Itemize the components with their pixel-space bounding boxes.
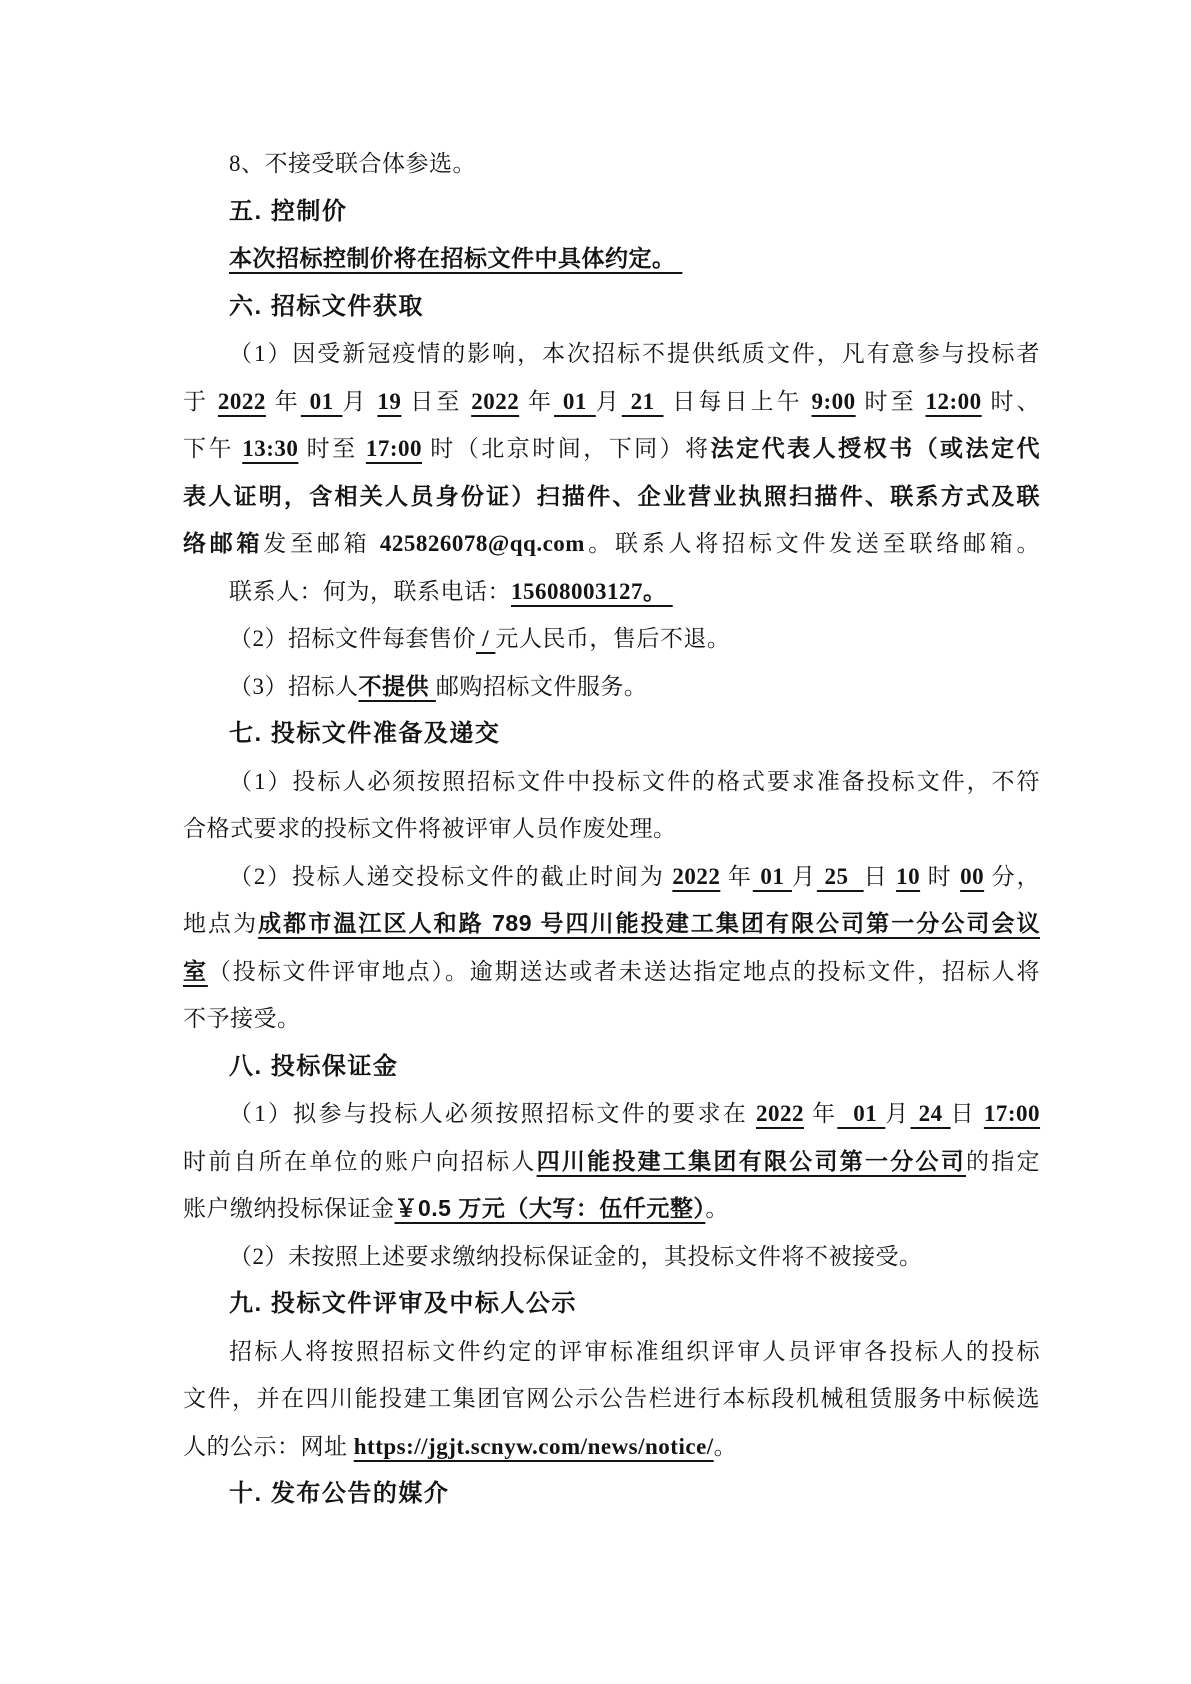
text-run: 十. 发布公告的媒介 — [229, 1480, 449, 1507]
text-run: 17:00 — [984, 1101, 1040, 1126]
text-run: 。 — [714, 1434, 738, 1459]
para-item8: 8、不接受联合体参选。 — [183, 140, 1040, 188]
heading-8-bid-bond: 八. 投标保证金 — [183, 1043, 1040, 1091]
text-run: 19 — [377, 389, 401, 414]
text-run: 本次招标控制价将在招标文件中具体约定。 — [229, 245, 682, 271]
text-run: 日 — [864, 864, 896, 889]
text-run: 表人证明，含相关人员身份证）扫描件、企业营业执照扫描件、联系方式及联 — [183, 483, 1040, 509]
text-run: 发至邮箱 — [263, 531, 380, 556]
text-run: 17:00 — [366, 436, 422, 461]
text-run: 2022 — [756, 1101, 804, 1126]
para-7-2-line1: （2）投标人递交投标文件的截止时间为 2022 年 01 月 25 日 10 时… — [183, 853, 1040, 901]
text-run: 年 — [266, 389, 301, 414]
text-run: （投标文件评审地点）。逾期送达或者未送达指定地点的投标文件，招标人将 — [208, 959, 1040, 984]
text-run: 2022 — [471, 389, 519, 414]
text-run: （3）招标人 — [229, 674, 359, 699]
text-run: 年 — [804, 1101, 837, 1126]
text-run: 九. 投标文件评审及中标人公示 — [229, 1290, 577, 1317]
para-7-1-line2: 合格式要求的投标文件将被评审人员作废处理。 — [183, 805, 1040, 853]
text-run: 合格式要求的投标文件将被评审人员作废处理。 — [183, 816, 677, 841]
text-run: 年 — [519, 389, 554, 414]
text-run: 21 — [622, 389, 664, 414]
para-7-2-line2: 地点为成都市温江区人和路 789 号四川能投建工集团有限公司第一分公司会议 — [183, 900, 1040, 948]
text-run: 于 — [183, 389, 218, 414]
text-run: 25 — [817, 864, 864, 889]
text-run: 时（北京时间，下同）将 — [422, 436, 711, 461]
para-6-3: （3）招标人不提供 邮购招标文件服务。 — [183, 663, 1040, 711]
text-run: 账户缴纳投标保证金 — [183, 1196, 395, 1221]
text-run: 五. 控制价 — [229, 198, 347, 225]
text-run: 。 — [705, 1196, 729, 1221]
para-8-2: （2）未按照上述要求缴纳投标保证金的，其投标文件将不被接受。 — [183, 1233, 1040, 1281]
text-run: 络邮箱 — [183, 530, 263, 556]
para-6-1-line3: 下午 13:30 时至 17:00 时（北京时间，下同）将法定代表人授权书（或法… — [183, 425, 1040, 473]
text-run: （1）拟参与投标人必须按照招标文件的要求在 — [229, 1101, 756, 1126]
para-6-2: （2）招标文件每套售价 / 元人民币，售后不退。 — [183, 615, 1040, 663]
text-run: 月 — [596, 389, 622, 414]
text-run: 10 — [896, 864, 920, 889]
para-7-2-line3: 室（投标文件评审地点）。逾期送达或者未送达指定地点的投标文件，招标人将 — [183, 948, 1040, 996]
heading-10-announcement-media: 十. 发布公告的媒介 — [183, 1470, 1040, 1518]
text-run: 地点为 — [183, 911, 258, 936]
para-contact: 联系人：何为，联系电话：15608003127。 — [183, 568, 1040, 616]
document-page: 8、不接受联合体参选。五. 控制价本次招标控制价将在招标文件中具体约定。 六. … — [0, 0, 1191, 1684]
text-run: （1）因受新冠疫情的影响，本次招标不提供纸质文件，凡有意参与投标者 — [229, 341, 1040, 366]
text-run: 招标人将按照招标文件约定的评审标准组织评审人员评审各投标人的投标 — [229, 1339, 1040, 1364]
text-run: （2）未按照上述要求缴纳投标保证金的，其投标文件将不被接受。 — [229, 1244, 923, 1269]
text-run: https://jgjt.scnyw.com/news/notice/ — [354, 1434, 714, 1459]
text-run: （2）投标人递交投标文件的截止时间为 — [229, 864, 672, 889]
heading-7-bid-preparation: 七. 投标文件准备及递交 — [183, 710, 1040, 758]
text-run: 8、不接受联合体参选。 — [229, 151, 476, 176]
para-7-2-line4: 不予接受。 — [183, 995, 1040, 1043]
text-run: 联系人：何为，联系电话： — [229, 579, 511, 604]
text-run: 425826078@qq.com — [380, 531, 585, 556]
heading-9-evaluation-announcement: 九. 投标文件评审及中标人公示 — [183, 1280, 1040, 1328]
para-9-line3: 人的公示：网址 https://jgjt.scnyw.com/news/noti… — [183, 1423, 1040, 1471]
text-run: 时 — [920, 864, 960, 889]
text-run: 室 — [183, 958, 208, 984]
text-run: 。联系人将招标文件发送至联络邮箱。 — [585, 531, 1040, 556]
document-body: 8、不接受联合体参选。五. 控制价本次招标控制价将在招标文件中具体约定。 六. … — [183, 140, 1040, 1518]
text-run: 时至 — [856, 389, 926, 414]
text-run: 年 — [720, 864, 752, 889]
para-9-line1: 招标人将按照招标文件约定的评审标准组织评审人员评审各投标人的投标 — [183, 1328, 1040, 1376]
text-run: 四川能投建工集团有限公司第一分公司 — [537, 1148, 966, 1174]
para-control-price-note: 本次招标控制价将在招标文件中具体约定。 — [183, 235, 1040, 283]
para-8-1-line2: 时前自所在单位的账户向招标人四川能投建工集团有限公司第一分公司的指定 — [183, 1138, 1040, 1186]
text-run: 下午 — [183, 436, 242, 461]
para-6-1-line5: 络邮箱发至邮箱 425826078@qq.com。联系人将招标文件发送至联络邮箱… — [183, 520, 1040, 568]
text-run: 人的公示：网址 — [183, 1434, 354, 1459]
heading-6-obtain-documents: 六. 招标文件获取 — [183, 283, 1040, 331]
text-run: 日至 — [401, 389, 471, 414]
text-run: 元人民币，售后不退。 — [495, 626, 730, 651]
text-run: 的指定 — [966, 1149, 1040, 1174]
heading-5-control-price: 五. 控制价 — [183, 188, 1040, 236]
text-run: 不予接受。 — [183, 1006, 301, 1031]
text-run: （2）招标文件每套售价 — [229, 626, 476, 651]
text-run: 日每日上午 — [663, 389, 811, 414]
text-run: 12:00 — [926, 389, 982, 414]
para-6-1-line4: 表人证明，含相关人员身份证）扫描件、企业营业执照扫描件、联系方式及联 — [183, 473, 1040, 521]
text-run: 六. 招标文件获取 — [229, 293, 424, 320]
para-7-1-line1: （1）投标人必须按照招标文件中投标文件的格式要求准备投标文件，不符 — [183, 758, 1040, 806]
text-run: 成都市温江区人和路 789 号四川能投建工集团有限公司第一分公司会议 — [258, 910, 1040, 936]
para-6-1-line1: （1）因受新冠疫情的影响，本次招标不提供纸质文件，凡有意参与投标者 — [183, 330, 1040, 378]
text-run: 2022 — [672, 864, 720, 889]
para-8-1-line3: 账户缴纳投标保证金￥0.5 万元（大写：伍仟元整）。 — [183, 1185, 1040, 1233]
text-run: 00 — [960, 864, 984, 889]
text-run: 八. 投标保证金 — [229, 1053, 398, 1080]
text-run: 2022 — [218, 389, 266, 414]
text-run: 15608003127。 — [511, 579, 673, 604]
para-8-1-line1: （1）拟参与投标人必须按照招标文件的要求在 2022 年 01 月 24 日 1… — [183, 1090, 1040, 1138]
text-run: / — [476, 626, 495, 651]
text-run: 9:00 — [812, 389, 856, 414]
text-run: 时至 — [298, 436, 365, 461]
text-run: 24 — [911, 1101, 951, 1126]
text-run: 分， — [984, 864, 1040, 889]
text-run: 13:30 — [242, 436, 298, 461]
text-run: 01 — [837, 1101, 885, 1126]
text-run: 法定代表人授权书（或法定代 — [711, 435, 1040, 461]
text-run: 月 — [342, 389, 377, 414]
text-run: 01 — [753, 864, 792, 889]
text-run: 时前自所在单位的账户向招标人 — [183, 1149, 537, 1174]
text-run: （1）投标人必须按照招标文件中投标文件的格式要求准备投标文件，不符 — [229, 769, 1040, 794]
text-run: 邮购招标文件服务。 — [436, 674, 648, 699]
text-run: 月 — [792, 864, 817, 889]
text-run: 日 — [951, 1101, 984, 1126]
text-run: ￥0.5 万元（大写：伍仟元整） — [395, 1195, 706, 1221]
text-run: 文件，并在四川能投建工集团官网公示公告栏进行本标段机械租赁服务中标候选 — [183, 1386, 1040, 1411]
text-run: 七. 投标文件准备及递交 — [229, 720, 500, 747]
para-9-line2: 文件，并在四川能投建工集团官网公示公告栏进行本标段机械租赁服务中标候选 — [183, 1375, 1040, 1423]
text-run: 01 — [301, 389, 343, 414]
text-run: 月 — [885, 1101, 910, 1126]
para-6-1-line2: 于 2022 年 01 月 19 日至 2022 年 01 月 21 日每日上午… — [183, 378, 1040, 426]
text-run: 不提供 — [359, 673, 436, 699]
text-run: 01 — [554, 389, 596, 414]
text-run: 时、 — [982, 389, 1040, 414]
